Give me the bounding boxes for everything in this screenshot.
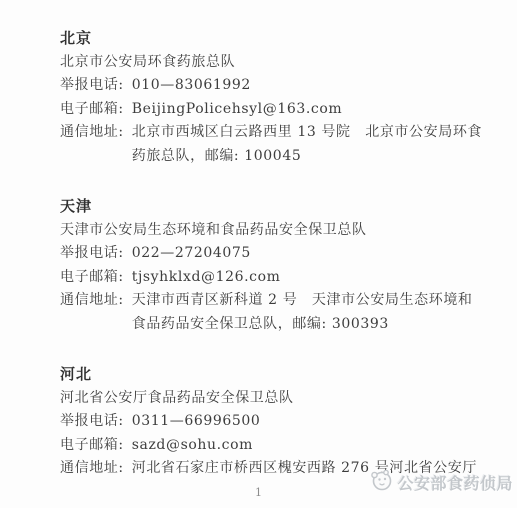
section-hebei: 河北 河北省公安厅食品药品安全保卫总队 举报电话: 0311—66996500 … xyxy=(60,363,487,481)
phone-number: 022—27204075 xyxy=(132,242,251,266)
region-heading: 北京 xyxy=(60,27,487,51)
region-heading: 天津 xyxy=(60,195,487,219)
unit-name: 河北省公安厅食品药品安全保卫总队 xyxy=(60,387,487,411)
region-heading: 河北 xyxy=(60,363,487,387)
watermark: 公安部食药侦局 xyxy=(368,467,513,497)
address-line-1: 天津市西青区新科道 2 号 天津市公安局生态环境和 xyxy=(132,289,473,313)
phone-number: 0311—66996500 xyxy=(132,410,261,434)
address-value: 天津市西青区新科道 2 号 天津市公安局生态环境和 食品药品安全保卫总队，邮编:… xyxy=(132,289,473,336)
phone-label: 举报电话: xyxy=(60,242,124,266)
address-row: 通信地址: 北京市西城区白云路西里 13 号院 北京市公安局环食 药旅总队，邮编… xyxy=(60,121,487,168)
email-row: 电子邮箱: BeijingPolicehsyl@163.com xyxy=(60,98,487,122)
address-label: 通信地址: xyxy=(60,457,124,481)
address-line-2: 食品药品安全保卫总队，邮编: 300393 xyxy=(132,313,473,337)
mascot-badge-icon xyxy=(368,467,394,497)
document-content: 北京 北京市公安局环食药旅总队 举报电话: 010—83061992 电子邮箱:… xyxy=(60,27,487,481)
email-address: BeijingPolicehsyl@163.com xyxy=(132,98,343,122)
email-address: sazd@sohu.com xyxy=(132,434,253,458)
email-label: 电子邮箱: xyxy=(60,98,124,122)
email-label: 电子邮箱: xyxy=(60,266,124,290)
document-page: 北京 北京市公安局环食药旅总队 举报电话: 010—83061992 电子邮箱:… xyxy=(0,0,517,508)
phone-label: 举报电话: xyxy=(60,410,124,434)
email-address: tjsyhklxd@126.com xyxy=(132,266,281,290)
address-line-1: 北京市西城区白云路西里 13 号院 北京市公安局环食 xyxy=(132,121,482,145)
watermark-text: 公安部食药侦局 xyxy=(397,471,513,494)
address-value: 北京市西城区白云路西里 13 号院 北京市公安局环食 药旅总队，邮编: 1000… xyxy=(132,121,482,168)
phone-label: 举报电话: xyxy=(60,74,124,98)
address-row: 通信地址: 天津市西青区新科道 2 号 天津市公安局生态环境和 食品药品安全保卫… xyxy=(60,289,487,336)
email-row: 电子邮箱: sazd@sohu.com xyxy=(60,434,487,458)
unit-name: 天津市公安局生态环境和食品药品安全保卫总队 xyxy=(60,219,487,243)
section-tianjin: 天津 天津市公安局生态环境和食品药品安全保卫总队 举报电话: 022—27204… xyxy=(60,195,487,336)
address-label: 通信地址: xyxy=(60,121,124,145)
unit-name: 北京市公安局环食药旅总队 xyxy=(60,51,487,75)
phone-row: 举报电话: 022—27204075 xyxy=(60,242,487,266)
phone-row: 举报电话: 0311—66996500 xyxy=(60,410,487,434)
phone-row: 举报电话: 010—83061992 xyxy=(60,74,487,98)
phone-number: 010—83061992 xyxy=(132,74,251,98)
address-label: 通信地址: xyxy=(60,289,124,313)
email-label: 电子邮箱: xyxy=(60,434,124,458)
address-line-2: 药旅总队，邮编: 100045 xyxy=(132,145,482,169)
section-beijing: 北京 北京市公安局环食药旅总队 举报电话: 010—83061992 电子邮箱:… xyxy=(60,27,487,168)
email-row: 电子邮箱: tjsyhklxd@126.com xyxy=(60,266,487,290)
